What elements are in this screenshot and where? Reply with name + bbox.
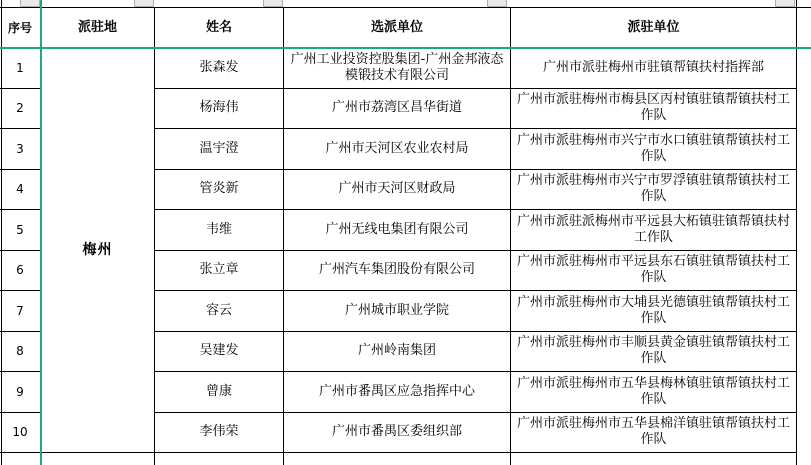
merged-cell-location[interactable]: 梅州 bbox=[41, 48, 155, 453]
cell-name[interactable]: 韦维 bbox=[155, 210, 284, 251]
cell-index[interactable]: 1 bbox=[0, 48, 41, 89]
cell-dispatch-unit[interactable]: 广州工业投资控股集团-广州金邦液态模锻技术有限公司 bbox=[284, 48, 511, 89]
cell-stationed-unit[interactable]: 广州市派驻梅州市丰顺县黄金镇驻镇帮镇扶村工作队 bbox=[511, 332, 797, 373]
personnel-table: 序号 派驻地 姓名 选派单位 派驻单位 梅州 1 张森发 广州工业投资控股集团-… bbox=[0, 8, 797, 465]
autofilter-dropdown-icon[interactable] bbox=[134, 0, 154, 7]
header-cell-index[interactable]: 序号 bbox=[0, 8, 41, 48]
cell-name[interactable]: 吴建发 bbox=[155, 332, 284, 373]
cell-stationed-unit[interactable]: 广州市派驻梅州市五华县梅林镇驻镇帮镇扶村工作队 bbox=[511, 372, 797, 413]
header-cell-name[interactable]: 姓名 bbox=[155, 8, 284, 48]
cell-index[interactable]: 5 bbox=[0, 210, 41, 251]
cell-dispatch-unit[interactable]: 广州无线电集团有限公司 bbox=[284, 210, 511, 251]
cell-stationed-unit[interactable]: 广州市派驻梅州市梅县区丙村镇驻镇帮镇扶村工作队 bbox=[511, 89, 797, 130]
cell-index[interactable]: 10 bbox=[0, 413, 41, 454]
cell-dispatch-unit[interactable]: 广州汽车集团股份有限公司 bbox=[284, 251, 511, 292]
header-cell-location[interactable]: 派驻地 bbox=[41, 8, 155, 48]
cell-stationed-unit[interactable]: 广州市派驻梅州市大埔县光德镇驻镇帮镇扶村工作队 bbox=[511, 291, 797, 332]
cell-dispatch-unit[interactable]: 广州市番禺区委组织部 bbox=[284, 413, 511, 454]
cell-name[interactable]: 杨海伟 bbox=[155, 89, 284, 130]
cell-dispatch-unit[interactable]: 广州市天河区财政局 bbox=[284, 170, 511, 211]
freeze-pane-vertical-line bbox=[40, 0, 42, 465]
cell-name[interactable]: 张立章 bbox=[155, 251, 284, 292]
cell-name[interactable]: 张森发 bbox=[155, 48, 284, 89]
cell-dispatch-unit[interactable]: 广州市荔湾区昌华街道 bbox=[284, 89, 511, 130]
autofilter-dropdown-icon[interactable] bbox=[487, 0, 507, 7]
freeze-pane-horizontal-line bbox=[0, 47, 811, 49]
cell-name[interactable]: 容云 bbox=[155, 291, 284, 332]
cell-index[interactable]: 2 bbox=[0, 89, 41, 130]
partial-row-cell bbox=[511, 453, 797, 465]
cell-stationed-unit[interactable]: 广州市派驻派梅州市平远县大柘镇驻镇帮镇扶村工作队 bbox=[511, 210, 797, 251]
cell-dispatch-unit[interactable]: 广州城市职业学院 bbox=[284, 291, 511, 332]
cell-dispatch-unit[interactable]: 广州市天河区农业农村局 bbox=[284, 129, 511, 170]
cell-index[interactable]: 7 bbox=[0, 291, 41, 332]
cell-dispatch-unit[interactable]: 广州市番禺区应急指挥中心 bbox=[284, 372, 511, 413]
cell-name[interactable]: 管炎新 bbox=[155, 170, 284, 211]
cell-index[interactable]: 8 bbox=[0, 332, 41, 373]
header-cell-dispatch-unit[interactable]: 选派单位 bbox=[284, 8, 511, 48]
autofilter-dropdown-icon[interactable] bbox=[20, 0, 40, 7]
cell-stationed-unit[interactable]: 广州市派驻梅州市平远县东石镇驻镇帮镇扶村工作队 bbox=[511, 251, 797, 292]
partial-row-cell bbox=[0, 453, 41, 465]
cell-index[interactable]: 3 bbox=[0, 129, 41, 170]
cell-name[interactable]: 李伟荣 bbox=[155, 413, 284, 454]
partial-row-cell bbox=[155, 453, 284, 465]
cell-stationed-unit[interactable]: 广州市派驻梅州市兴宁市水口镇驻镇帮镇扶村工作队 bbox=[511, 129, 797, 170]
cell-index[interactable]: 4 bbox=[0, 170, 41, 211]
cell-dispatch-unit[interactable]: 广州岭南集团 bbox=[284, 332, 511, 373]
cell-index[interactable]: 9 bbox=[0, 372, 41, 413]
cell-stationed-unit[interactable]: 广州市派驻梅州市五华县棉洋镇驻镇帮镇扶村工作队 bbox=[511, 413, 797, 454]
autofilter-dropdown-icon[interactable] bbox=[775, 0, 795, 7]
spreadsheet-view: 序号 派驻地 姓名 选派单位 派驻单位 梅州 1 张森发 广州工业投资控股集团-… bbox=[0, 0, 811, 465]
partial-row-cell bbox=[41, 453, 155, 465]
cell-stationed-unit[interactable]: 广州市派驻梅州市驻镇帮镇扶村指挥部 bbox=[511, 48, 797, 89]
cell-name[interactable]: 温宇澄 bbox=[155, 129, 284, 170]
partial-row-cell bbox=[284, 453, 511, 465]
autofilter-dropdown-icon[interactable] bbox=[263, 0, 283, 7]
cell-name[interactable]: 曾康 bbox=[155, 372, 284, 413]
cell-stationed-unit[interactable]: 广州市派驻梅州市兴宁市罗浮镇驻镇帮镇扶村工作队 bbox=[511, 170, 797, 211]
cell-index[interactable]: 6 bbox=[0, 251, 41, 292]
header-cell-stationed-unit[interactable]: 派驻单位 bbox=[511, 8, 797, 48]
